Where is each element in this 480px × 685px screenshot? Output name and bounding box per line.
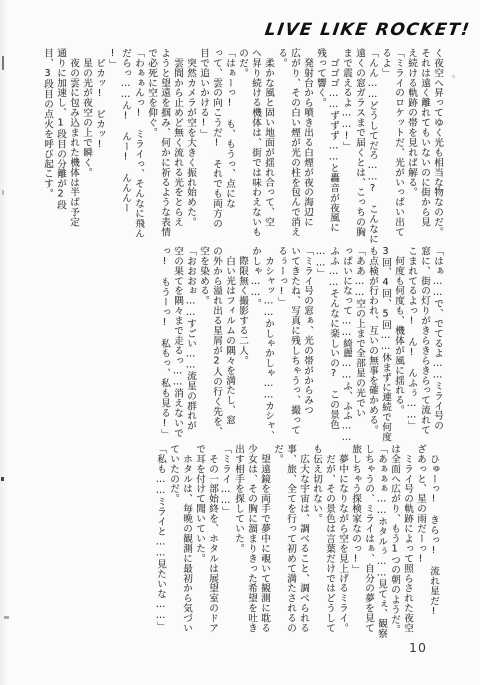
- text-column: 空の果てを隅々まで走るっ……消えないで: [171, 246, 184, 434]
- text-column: 雲間から止めど無く流れる光をとらえ: [171, 48, 184, 234]
- text-column: ていたのだ。: [167, 444, 180, 637]
- text-column: で耳を付けて聞いていた。: [193, 444, 206, 637]
- text-column: ピカッ! ピカッ!: [93, 48, 106, 234]
- text-column: 「わぁぁんっ! ミライっ、そんなに飛ん: [132, 48, 145, 234]
- scan-speck: [1, 477, 4, 481]
- text-column: 「はぁーっ! も、もうっ、点にな: [223, 48, 236, 234]
- text-column: ホタルは、毎晩の観測に最初から気づい: [180, 444, 193, 637]
- text-column: って、雲の向こうだ! それでも両方の: [210, 48, 223, 234]
- text-column: 白い光はフィルムの隅々を満たし、窓: [223, 246, 236, 434]
- text-column: 何度も何度も、機体が風に揺れる。: [392, 246, 405, 434]
- text-column: え続ける軌跡の帯を見れば解る。: [405, 48, 418, 234]
- text-column: る。: [275, 48, 288, 234]
- text-column: 「ミライのロケットだ、光がいっぱい出て: [392, 48, 405, 234]
- text-band-top: く夜空へ昇ってゆく光も相当な物なのだ。それは遠く離れてもいないのに街から見え続け…: [41, 48, 444, 234]
- text-column: 「ミライ号の窓ぁ、光の帯がからみつ: [301, 246, 314, 434]
- text-column: 夢中になりながら空を見上げるミライ。: [336, 444, 349, 637]
- text-column: 旅しちゃう探検家なのっ!」: [349, 444, 362, 637]
- text-column: 空を染める。: [197, 246, 210, 434]
- text-column: 突然カメラが空を大きく振れ始めた。: [184, 48, 197, 234]
- text-column: 目、3段目の点火を呼び起こす。: [41, 48, 54, 234]
- text-column: だらっ……ん! んー! んんんー: [119, 48, 132, 234]
- text-column: 3回、4回、5回……休まずに連続で何度: [379, 246, 392, 434]
- text-column: 「はぁ……で、でてるよ……ミライ号の: [431, 246, 444, 434]
- text-column: 望遠鏡を両手で夢中に覗いて観測に耽る: [258, 444, 271, 637]
- text-column: っぱいになって……綺麗……ふ、ふふ……: [340, 246, 353, 434]
- text-column: ゴゴゴ……ずずず……と轟音が夜風に: [327, 48, 340, 234]
- text-column: 広大な宇宙は、調べること、調べられる: [297, 444, 310, 637]
- text-column: 少女は、その胸に溜まりきった希望を吐き: [245, 444, 258, 637]
- text-column: こまれてるよっ! ん! んふぅ……」: [405, 246, 418, 434]
- text-column: で必死に空を仰ぐ。: [145, 48, 158, 234]
- text-column: かしゃ……。: [249, 246, 262, 434]
- text-column: 星の光が夜空の上で瞬く。: [80, 48, 93, 234]
- text-column: 「あぁぁぁ……ホタルぅ……見てぇ、観察: [375, 444, 388, 637]
- text-column: 目で追いかける!」: [197, 48, 210, 234]
- text-column: るよ」: [379, 48, 392, 234]
- text-column: ようと望遠を掴み、何かに祈るような表情: [158, 48, 171, 234]
- text-column: まで震えるよ……!」: [340, 48, 353, 234]
- text-band-bottom: ひゅーっ! きらっ! 流れ星だ!ざあっと、星の雨だーっ! ミライ号の軌跡によって…: [154, 444, 440, 637]
- text-column: 「んん……どうしてだろ……? こんなに: [366, 48, 379, 234]
- text-column: だ。: [271, 444, 284, 637]
- scan-speck: [2, 190, 4, 195]
- text-column: 夜の雲に包み込まれた機体は半ば予定: [67, 48, 80, 234]
- text-column: の外から溢れ出る星屑が2人の行く先を、: [210, 246, 223, 434]
- text-column: 窓に、街の灯りがきらきらきらって流れて: [418, 246, 431, 434]
- text-column: 際限無く撮影する二人。: [236, 246, 249, 434]
- text-column: も伝え切れない。: [310, 444, 323, 637]
- text-column: へ昇り続ける機体は、街では味わえないも: [249, 48, 262, 234]
- text-column: るぅーっ!」: [275, 246, 288, 434]
- text-column: 残って響く。: [314, 48, 327, 234]
- text-column: カシャッ……かしゃかしゃ……カシャ、: [262, 246, 275, 434]
- scan-speck: [452, 75, 455, 78]
- text-column: 事、旅、全てを行って初めて満たされるの: [284, 444, 297, 637]
- text-column: ミライ号の軌跡によって照らされた夜空: [401, 444, 414, 637]
- text-column: 「おおおぉ……すごい……流星の群れが: [184, 246, 197, 434]
- text-column: その一部始終を、ホタルは展望室のドア: [206, 444, 219, 637]
- page-title: LIVE LIKE ROCKET!: [263, 20, 471, 40]
- text-column: く夜空へ昇ってゆく光も相当な物なのだ。: [431, 48, 444, 234]
- text-column: っ! もうーっ! 私もっ、私も見る!」: [158, 246, 171, 434]
- text-column: 柔かな風と固い地面が揺れ合って、空: [262, 48, 275, 234]
- scan-speck: [4, 616, 9, 619]
- text-column: は全面へ広がり、もう1つの朝のようだ。: [388, 444, 401, 637]
- text-column: 「ミライ……」: [219, 444, 232, 637]
- text-column: ひゅーっ! きらっ! 流れ星だ!: [427, 444, 440, 637]
- text-column: ……」: [314, 246, 327, 434]
- text-column: 通りに加速し、1段目の分離が2段: [54, 48, 67, 234]
- text-column: のだ。: [236, 48, 249, 234]
- text-column: 出す相手を探していた。: [232, 444, 245, 637]
- text-column: いてきたね、写真に残しちゃうっ、撮って: [288, 246, 301, 434]
- text-column: それは遠く離れてもいないのに街から見: [418, 48, 431, 234]
- text-band-middle: 「はぁ……で、でてるよ……ミライ号の窓に、街の灯りがきらきらきらって流れてこまれ…: [158, 246, 444, 434]
- text-column: 「私も……ミライと……見たいな……」: [154, 444, 167, 637]
- page-number: 10: [409, 640, 427, 655]
- text-column: 「ああ……空の上まで全部星の光でい: [353, 246, 366, 434]
- text-column: 広がり、その白い煙が光の柱を包んで消え: [288, 48, 301, 234]
- text-column: しちゃうの、ミライはぁ、自分の夢を見て: [362, 444, 375, 637]
- scanned-page: LIVE LIKE ROCKET! く夜空へ昇ってゆく光も相当な物なのだ。それは…: [0, 0, 480, 685]
- text-column: 遠くの窓ガラスまで届くとは、こっちの胸: [353, 48, 366, 234]
- text-column: 発射台から噴き出る白煙が夜の海辺に: [301, 48, 314, 234]
- text-column: !」: [106, 48, 119, 234]
- text-column: も点検が行われ、互いの無事を確かめる。: [366, 246, 379, 434]
- text-column: だが、その景色は言葉だけではどうして: [323, 444, 336, 637]
- scan-speck: [2, 56, 4, 70]
- text-column: ざあっと、星の雨だーっ!: [414, 444, 427, 637]
- text-column: ふふ……そんなに楽しいの? この景色: [327, 246, 340, 434]
